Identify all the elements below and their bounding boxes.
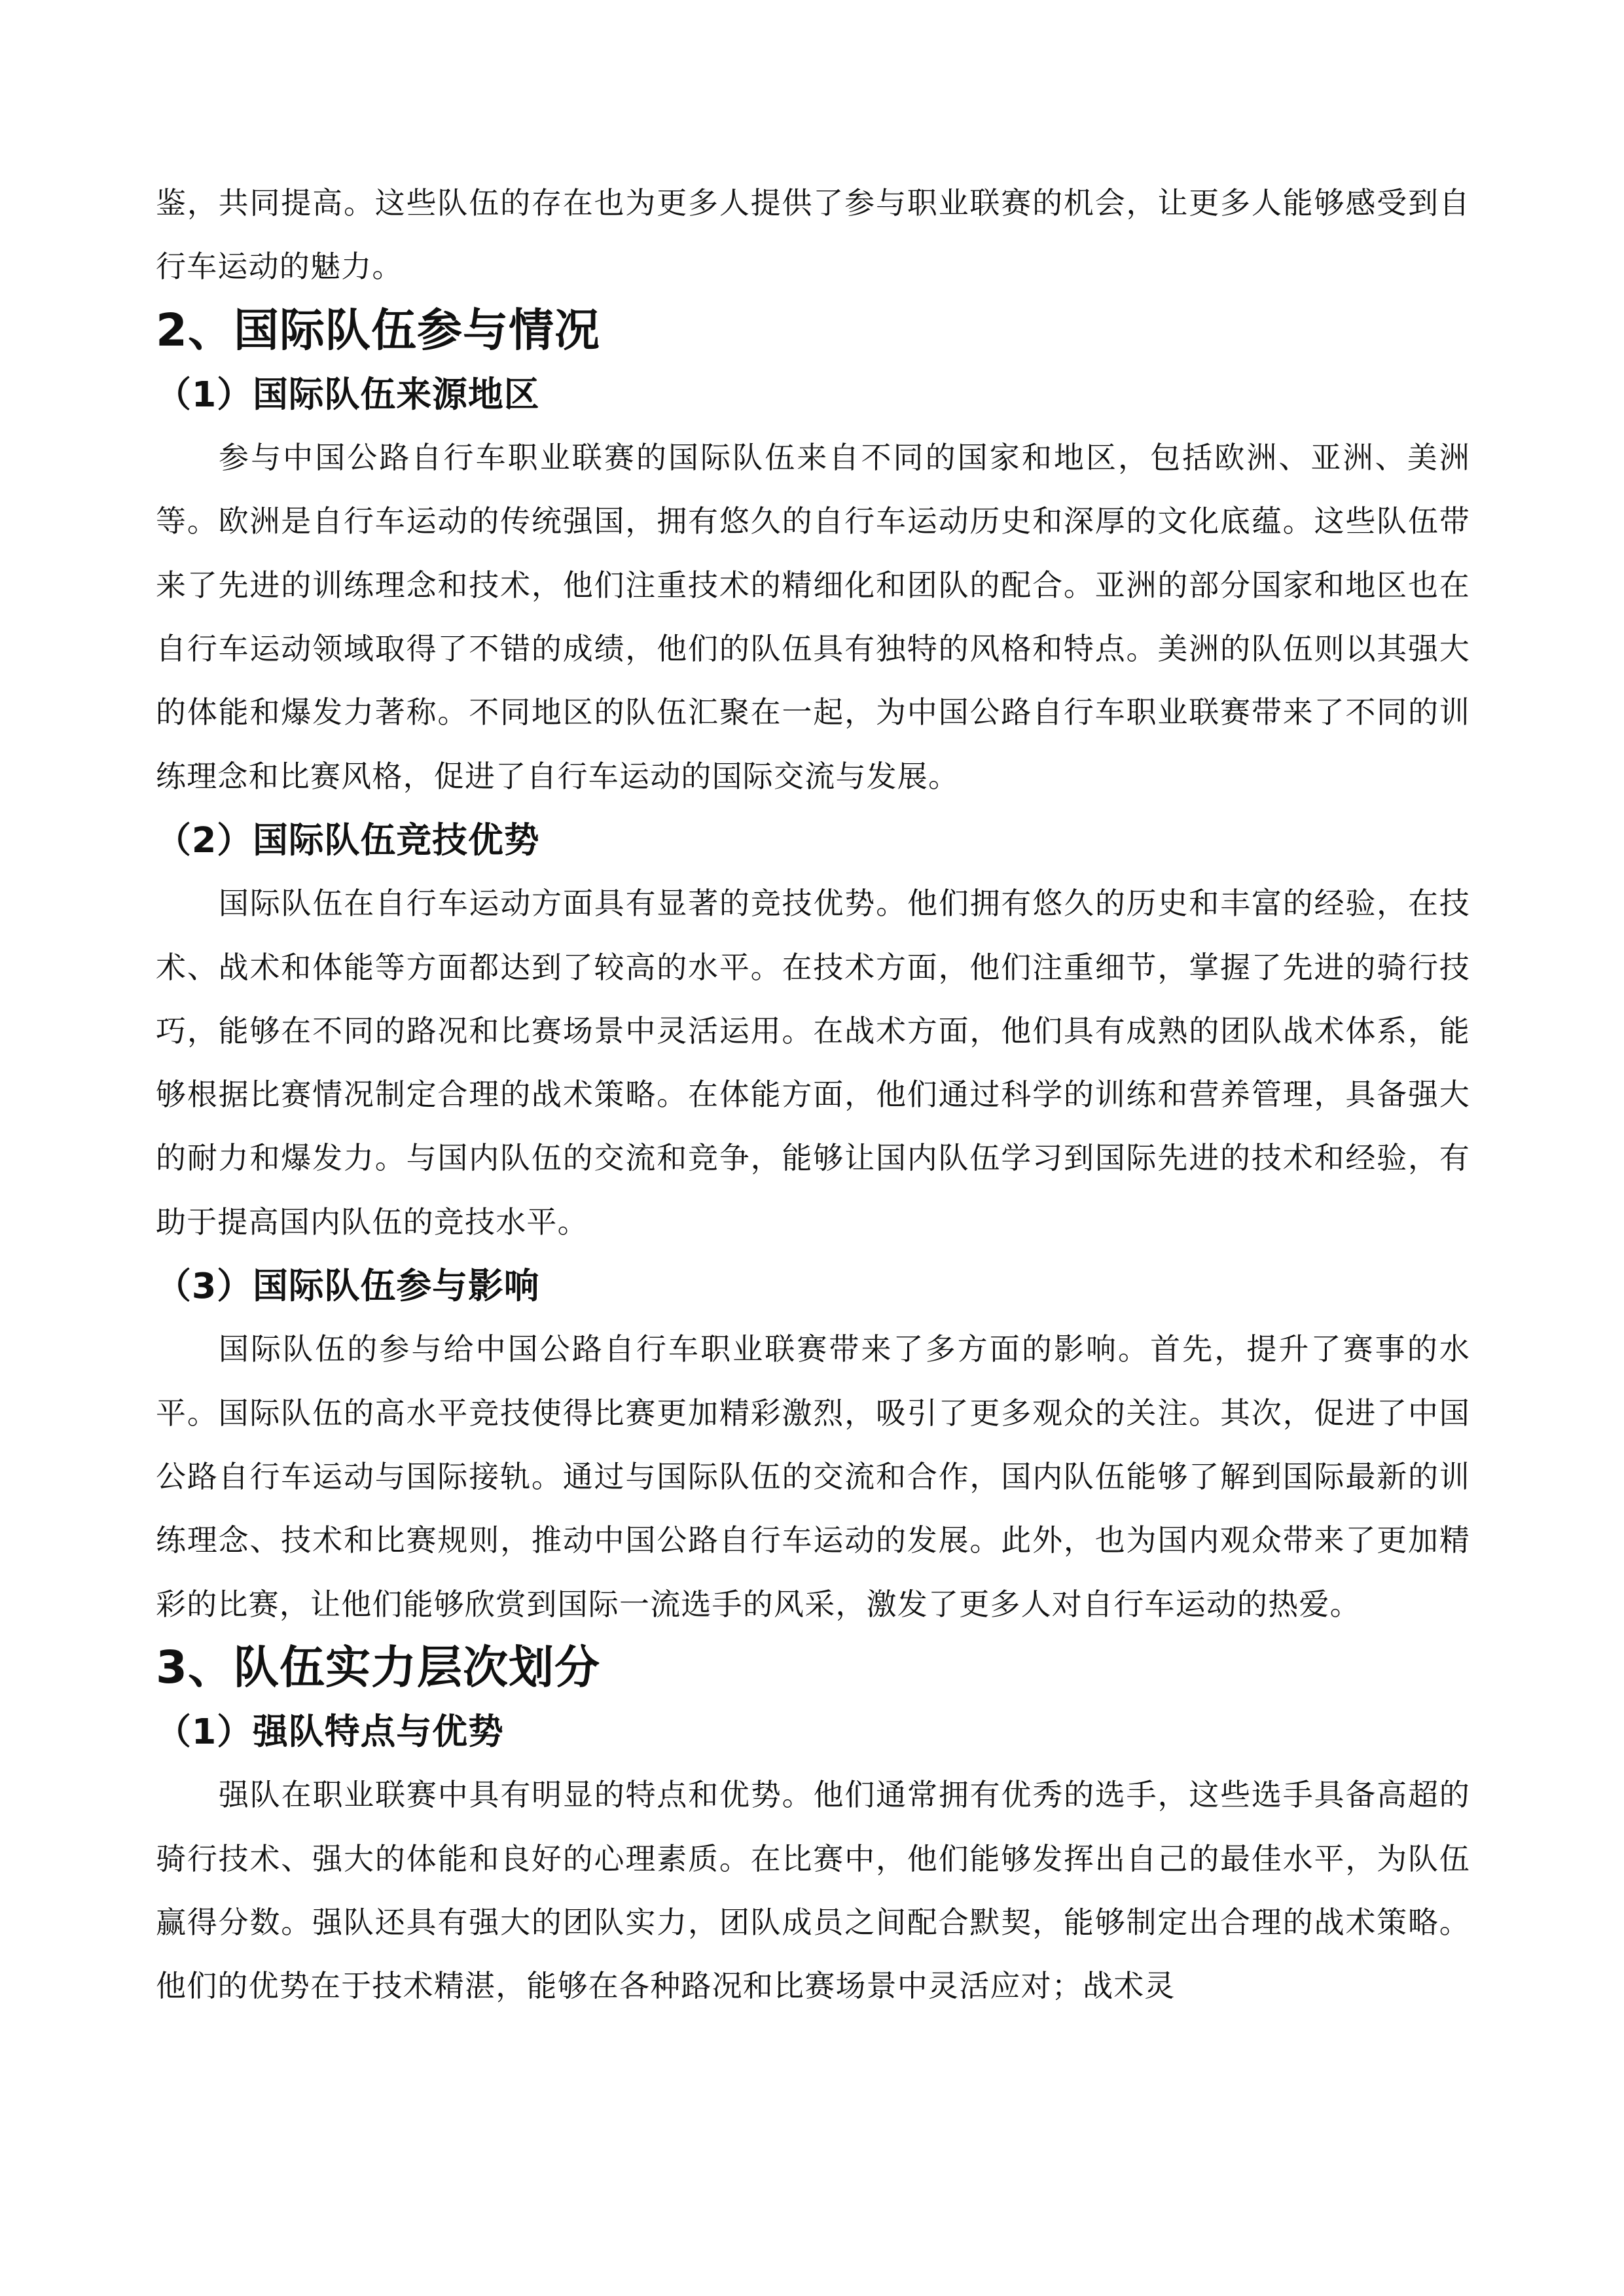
paragraph-continuation: 鉴，共同提高。这些队伍的存在也为更多人提供了参与职业联赛的机会，让更多人能够感受… — [156, 171, 1470, 299]
paragraph-competitive-advantages: 国际队伍在自行车运动方面具有显著的竞技优势。他们拥有悠久的历史和丰富的经验，在技… — [156, 872, 1470, 1254]
subheading-participation-impact: （3）国际队伍参与影响 — [156, 1254, 1470, 1318]
document-page: 鉴，共同提高。这些队伍的存在也为更多人提供了参与职业联赛的机会，让更多人能够感受… — [156, 171, 1470, 2018]
subheading-competitive-advantages: （2）国际队伍竞技优势 — [156, 808, 1470, 872]
section-heading-team-tiers: 3、队伍实力层次划分 — [156, 1636, 1470, 1700]
paragraph-strong-teams: 强队在职业联赛中具有明显的特点和优势。他们通常拥有优秀的选手，这些选手具备高超的… — [156, 1763, 1470, 2018]
paragraph-participation-impact: 国际队伍的参与给中国公路自行车职业联赛带来了多方面的影响。首先，提升了赛事的水平… — [156, 1318, 1470, 1636]
paragraph-source-regions: 参与中国公路自行车职业联赛的国际队伍来自不同的国家和地区，包括欧洲、亚洲、美洲等… — [156, 426, 1470, 808]
section-heading-international-teams: 2、国际队伍参与情况 — [156, 299, 1470, 363]
subheading-source-regions: （1）国际队伍来源地区 — [156, 363, 1470, 426]
subheading-strong-teams: （1）强队特点与优势 — [156, 1700, 1470, 1763]
